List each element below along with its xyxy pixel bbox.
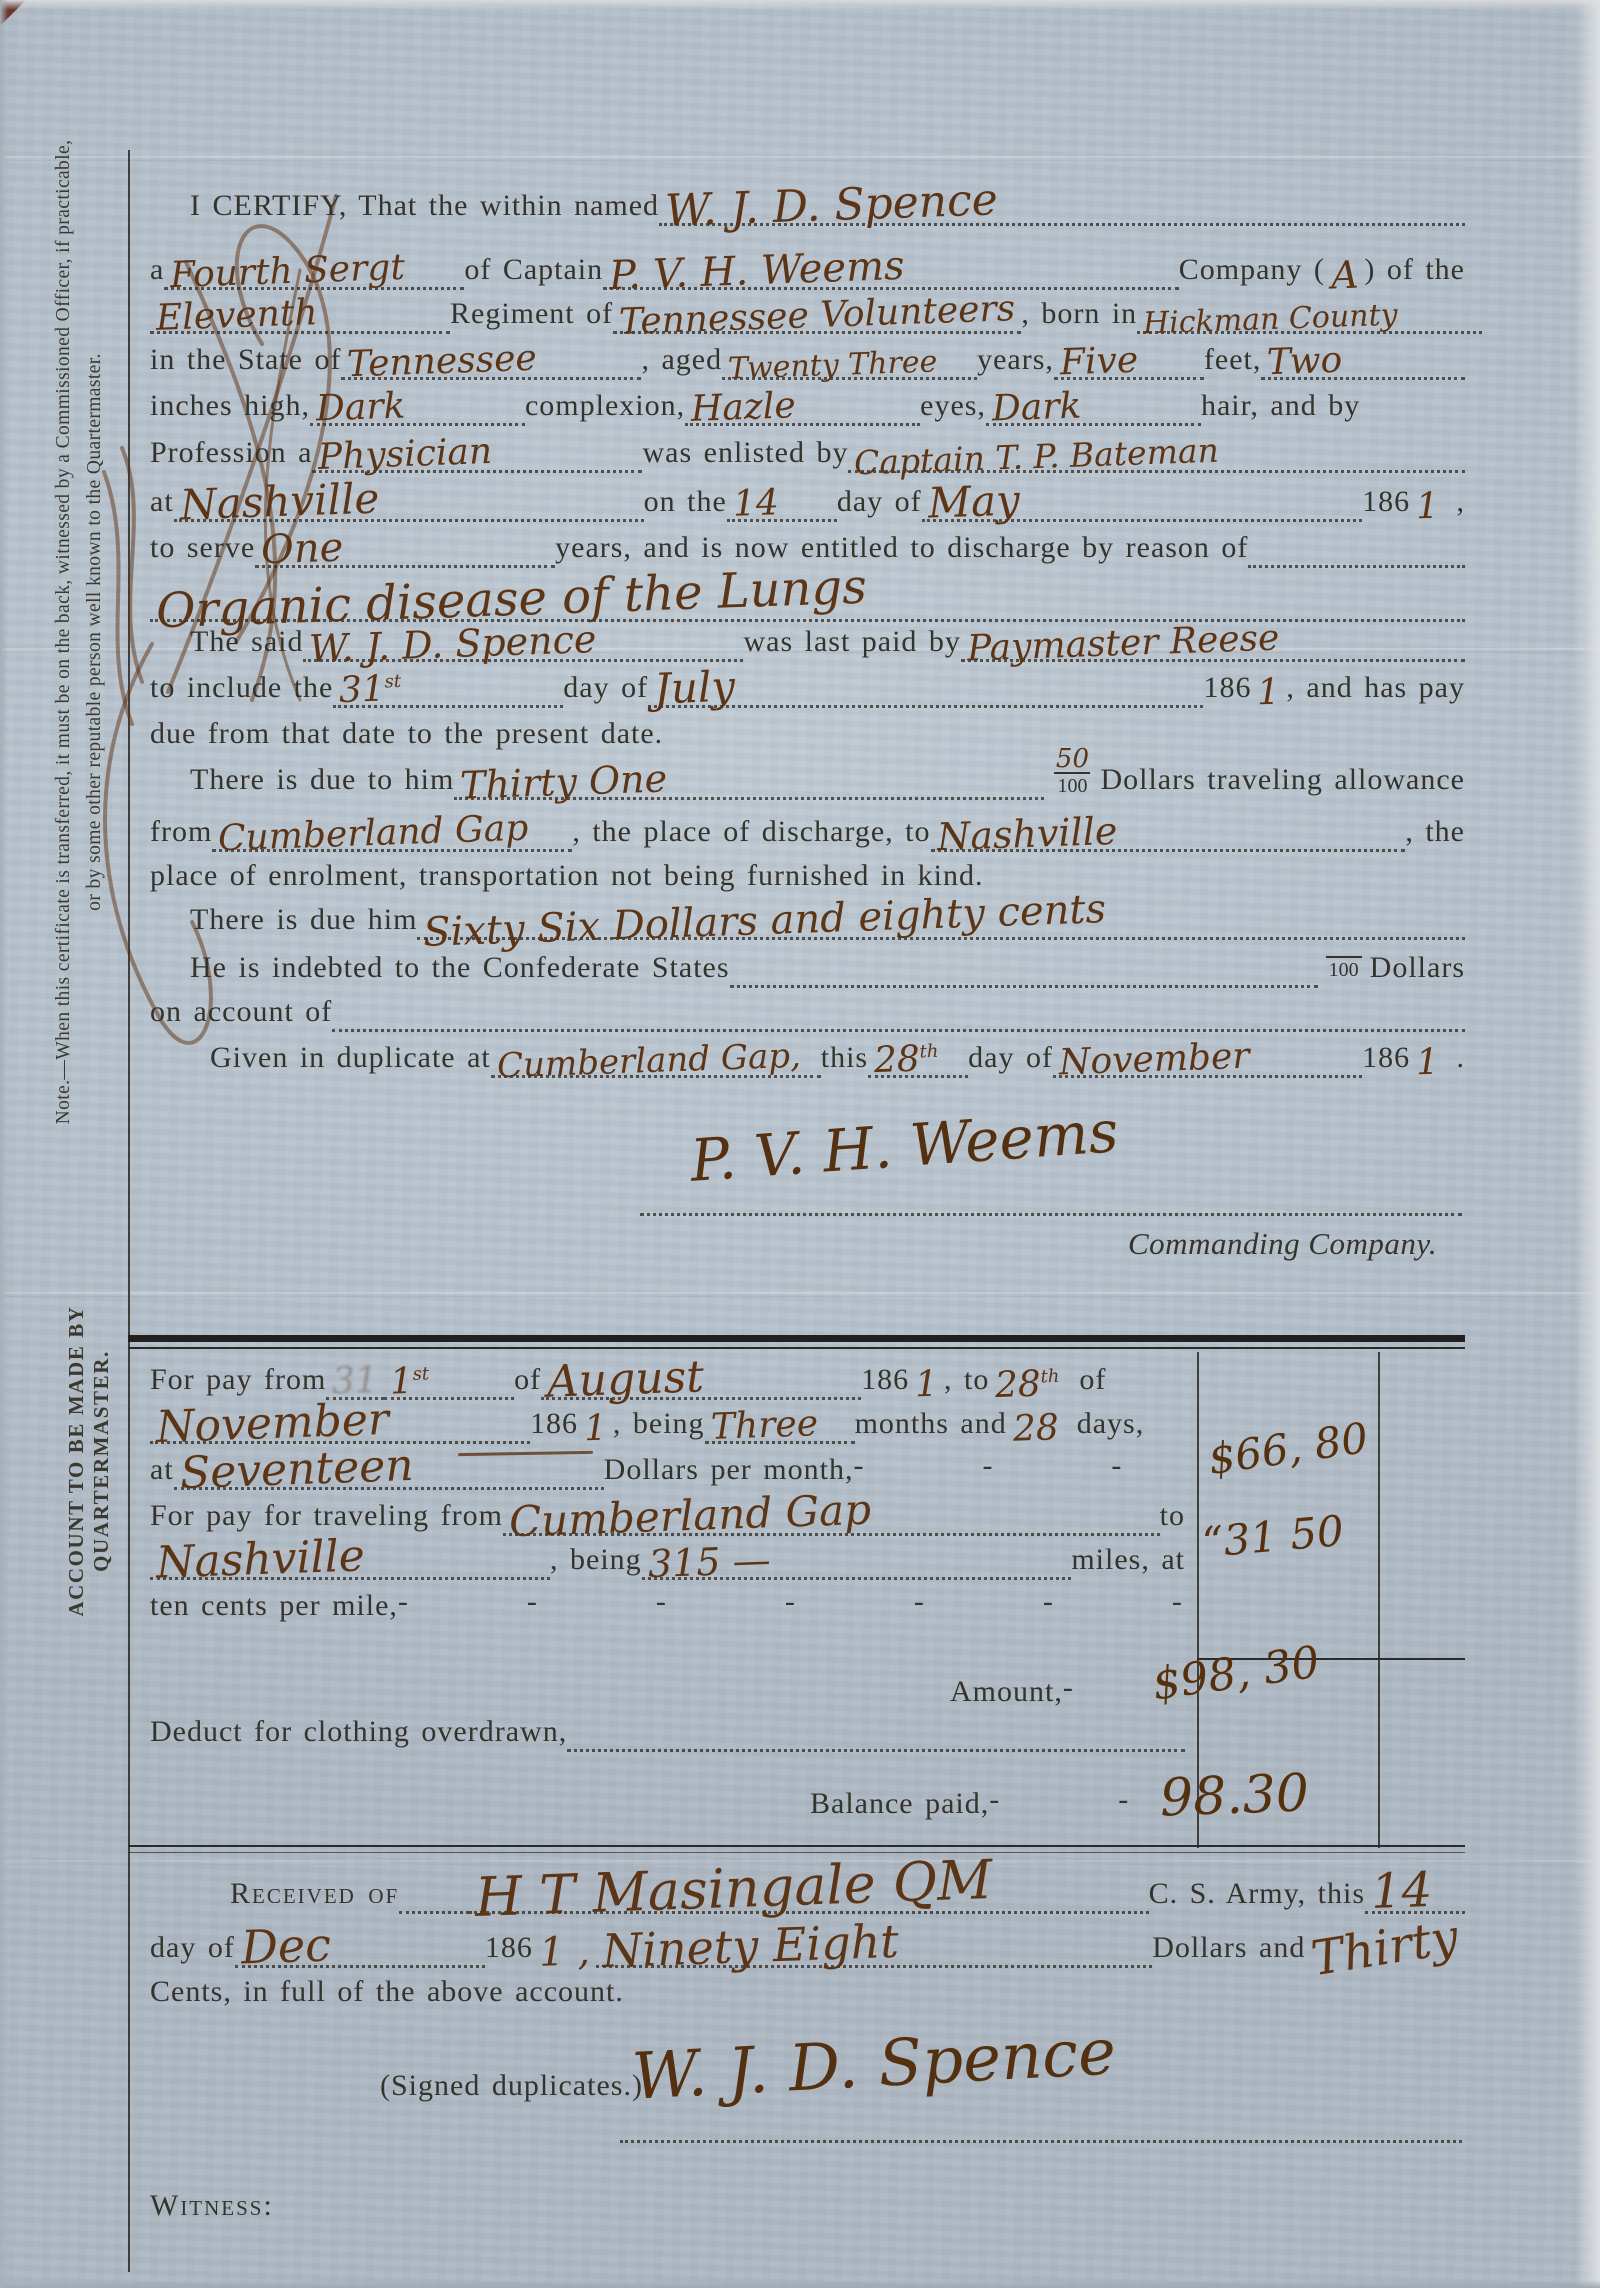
printed-text: day of: [968, 1043, 1053, 1078]
handwritten-entry: Nashville: [150, 1540, 550, 1580]
printed-text: place of enrolment, transportation not b…: [150, 861, 983, 896]
commanding-company-label: Commanding Company.: [1128, 1226, 1437, 1262]
handwriting-text: W. J. D. Spence: [303, 622, 603, 665]
printed-text: a: [150, 255, 164, 290]
handwritten-entry: 1: [1410, 491, 1445, 522]
handwritten-entry: July: [648, 669, 1203, 708]
handwritten-entry: Tennessee: [341, 346, 641, 380]
printed-text: Witness:: [150, 2191, 274, 2226]
handwritten-entry: May: [922, 483, 1362, 522]
balance-double-rule-bottom: [128, 1852, 1465, 1853]
line-enrolment: place of enrolment, transportation not b…: [150, 850, 1465, 896]
handwriting-text: 14: [1364, 1870, 1438, 1913]
handwritten-entry: Dark: [986, 392, 1201, 426]
handwritten-entry: Cumberland Gap: [503, 1497, 1160, 1536]
handwriting-text: Dark: [985, 392, 1087, 426]
handwriting-text: Twenty Three: [722, 349, 944, 382]
dotted-blank: [399, 1862, 469, 1914]
handwriting-text: July: [648, 669, 742, 708]
handwritten-entry: Physician: [312, 439, 642, 473]
printed-text: Dollars per month,: [604, 1455, 854, 1490]
printed-text: hair, and by: [1201, 391, 1360, 426]
payee-signature-line: [620, 2140, 1462, 2143]
handwriting-text: May: [921, 483, 1026, 522]
printed-text: Regiment of: [450, 299, 613, 334]
handwritten-entry: Paymaster Reese: [961, 628, 1465, 662]
printed-text: Cents, in full of the above account.: [150, 1977, 624, 2012]
handwritten-entry: Ninety Eight: [596, 1926, 1153, 1968]
printed-text: to serve: [150, 533, 255, 568]
printed-text: on account of: [150, 997, 332, 1032]
printed-text: ,: [1445, 487, 1465, 522]
line-include: to include the31stday ofJuly1861, and ha…: [150, 662, 1465, 708]
handwritten-entry: Twenty Three: [722, 352, 977, 381]
printed-text: , the place of discharge, to: [572, 817, 930, 852]
handwriting-text: P. V. H. Weems: [603, 249, 912, 294]
handwritten-entry: Thirty One: [454, 765, 1044, 800]
handwritten-entry: 1 ,: [533, 1934, 596, 1968]
handwriting-text: Paymaster Reese: [961, 624, 1286, 666]
printed-text: C. S. Army, this: [1149, 1879, 1365, 1914]
fold-crease: [0, 156, 1600, 161]
line-pay-from: For pay from311stofAugust1861, to28thof: [150, 1354, 1185, 1400]
cents-fraction: 50100: [1054, 746, 1090, 800]
handwriting-text: Captain T. P. Bateman: [848, 436, 1226, 477]
printed-text: , born in: [1021, 299, 1137, 334]
printed-text: 186: [530, 1409, 578, 1444]
line-travel-to: Nashville, being315 —miles, at: [150, 1534, 1185, 1580]
handwritten-entry: Seventeen: [174, 1450, 604, 1490]
company-officer-signature: P. V. H. Weems: [688, 1097, 1120, 1195]
discharge-certificate-document: Note.—When this certificate is transferr…: [0, 0, 1600, 2288]
handwritten-entry: Captain T. P. Bateman: [848, 442, 1465, 473]
section-divider-thin-rule: [128, 1347, 1465, 1349]
handwritten-entry: Hickman County: [1137, 306, 1482, 335]
printed-text: 186: [1362, 1043, 1410, 1078]
printed-text: at: [150, 487, 174, 522]
line-enlist-place: atNashvilleon the14day ofMay1861 ,: [150, 476, 1465, 522]
handwriting-text: Cumberland Gap,: [490, 1042, 807, 1082]
printed-text: .: [1445, 1043, 1465, 1078]
handwritten-entry: Dec: [235, 1926, 485, 1968]
line-rate: atSeventeenDollars per month,- - -: [150, 1444, 1185, 1490]
printed-text: to: [1160, 1501, 1185, 1536]
handwriting-text: 14: [726, 488, 785, 521]
handwriting-text: Hazle: [685, 391, 803, 426]
line-account-of: on account of: [150, 986, 1465, 1032]
handwritten-entry: Thirty: [1305, 1927, 1465, 1968]
handwritten-entry: Cumberland Gap: [212, 818, 572, 852]
handwritten-entry: Eleventh: [150, 300, 450, 334]
printed-text: , and has pay: [1286, 673, 1465, 708]
printed-text: There is due to him: [190, 765, 454, 800]
handwritten-entry: Fourth Sergt: [164, 256, 464, 290]
printed-text: 186: [485, 1933, 533, 1968]
handwritten-entry: August: [541, 1360, 861, 1400]
printed-text: , to: [944, 1365, 989, 1400]
printed-text: For pay from: [150, 1365, 326, 1400]
line-given: Given in duplicate atCumberland Gap,this…: [150, 1032, 1465, 1078]
printed-text: 186: [861, 1365, 909, 1400]
handwriting-text: Nashville: [173, 481, 385, 524]
printed-text: (Signed duplicates.): [380, 2071, 643, 2106]
handwriting-text: 1: [1410, 1048, 1446, 1080]
printed-text: Company (: [1179, 255, 1325, 290]
handwriting-text: Ninety Eight: [595, 1922, 905, 1972]
printed-text: Dollars traveling allowance: [1100, 765, 1465, 800]
printed-text: this: [821, 1043, 868, 1078]
balance-double-rule-top: [128, 1845, 1465, 1847]
handwritten-entry: Three: [705, 1410, 855, 1444]
line-received-3: Cents, in full of the above account.: [150, 1966, 1465, 2012]
dotted-blank: [567, 1706, 1185, 1752]
paper-edge-bottom: [0, 2280, 1600, 2288]
margin-account-note: ACCOUNT TO BE MADE BY QUARTERMASTER.: [64, 1222, 114, 1700]
handwriting-text: A: [1324, 258, 1365, 292]
ordinal-suffix: th: [1041, 1366, 1061, 1388]
line-per-mile: ten cents per mile,- - - - - - - - -: [150, 1580, 1185, 1626]
left-border-rule: [128, 150, 130, 2272]
line-profession: Profession aPhysicianwas enlisted byCapt…: [150, 427, 1465, 473]
printed-text: years,: [977, 345, 1054, 380]
handwritten-entry: 28th: [989, 1369, 1079, 1400]
printed-text: of: [514, 1365, 541, 1400]
printed-text: , aged: [641, 345, 722, 380]
handwriting-text: Thirty One: [454, 762, 674, 802]
handwriting-text: November: [1052, 1042, 1255, 1080]
line-due-date: due from that date to the present date.: [150, 708, 1465, 754]
amount-value: $66, 80: [1205, 1413, 1371, 1484]
handwritten-entry: Two: [1261, 346, 1465, 380]
printed-text: in the State of: [150, 345, 341, 380]
printed-text: on the: [644, 487, 727, 522]
handwritten-entry: Five: [1054, 346, 1204, 380]
amount-value: $98, 30: [1149, 1637, 1322, 1711]
printed-text: days,: [1077, 1409, 1145, 1444]
handwriting-text: 1: [577, 1414, 613, 1446]
ordinal-suffix: st: [384, 671, 401, 693]
dash-leader: - - - - - - - - -: [398, 1585, 1185, 1626]
printed-text: complexion,: [525, 391, 685, 426]
handwriting-text: 1 ,: [532, 1934, 596, 1970]
amount-value: 98.30: [1159, 1763, 1310, 1828]
handwritten-entry: A: [1325, 258, 1364, 290]
handwritten-entry: 31st: [333, 674, 563, 708]
paper-edge-top: [0, 0, 1600, 10]
printed-text: was last paid by: [743, 627, 960, 662]
line-received-2: day ofDec1861 ,Ninety EightDollars andTh…: [150, 1916, 1465, 1968]
printed-text: due from that date to the present date.: [150, 719, 663, 754]
margin-note-line2: or by some other reputable person well k…: [79, 136, 110, 1128]
printed-text: The said: [190, 627, 303, 662]
amount-column-rule-right: [1378, 1352, 1380, 1848]
handwriting-text: Dec: [234, 1925, 337, 1968]
ordinal-suffix: st: [412, 1364, 429, 1386]
handwriting-text: 31st: [333, 674, 408, 707]
line-regiment: EleventhRegiment ofTennessee Volunteers,…: [150, 288, 1465, 334]
company-signature-line: [640, 1213, 1462, 1216]
printed-text: of: [1079, 1365, 1106, 1400]
printed-text: I CERTIFY, That the within named: [190, 191, 659, 226]
handwritten-entry: 28th: [868, 1044, 968, 1078]
line-signed-duplicates: (Signed duplicates.): [380, 2060, 800, 2106]
line-rank: aFourth Sergtof CaptainP. V. H. WeemsCom…: [150, 244, 1465, 290]
printed-text: day of: [150, 1933, 235, 1968]
handwriting-text: Seventeen: [173, 1446, 420, 1492]
printed-text: eyes,: [920, 391, 986, 426]
handwriting-text: 28: [1006, 1413, 1065, 1446]
printed-text: from: [150, 817, 212, 852]
handwriting-text: 1: [1410, 492, 1446, 524]
handwritten-entry: 1st: [384, 1366, 514, 1400]
printed-text: , being: [613, 1409, 705, 1444]
printed-text: 186: [1203, 673, 1251, 708]
handwriting-text: 1st: [384, 1367, 436, 1399]
printed-text: ten cents per mile,: [150, 1591, 398, 1626]
line-traveling-due: There is due to himThirty One50100Dollar…: [150, 754, 1465, 800]
printed-text: feet,: [1204, 345, 1261, 380]
handwriting-text: One: [255, 530, 350, 567]
ordinal-suffix: th: [919, 1041, 939, 1063]
handwritten-entry: Hazle: [685, 392, 920, 426]
printed-text: was enlisted by: [642, 438, 848, 473]
printed-text: Dollars and: [1152, 1933, 1305, 1968]
line-balance-label: Balance paid,- - -: [810, 1778, 1185, 1824]
handwriting-text: Nashville: [149, 1537, 371, 1582]
handwriting-text: Tennessee Volunteers: [613, 294, 1022, 339]
printed-text: He is indebted to the Confederate States: [190, 953, 730, 988]
fold-crease: [0, 1292, 1600, 1297]
handwriting-text: Three: [704, 1409, 824, 1444]
handwriting-text: 28th: [868, 1044, 946, 1077]
printed-text: , the: [1405, 817, 1465, 852]
handwriting-text: Two: [1261, 346, 1349, 380]
line-travel-from: For pay for traveling fromCumberland Gap…: [150, 1490, 1185, 1536]
printed-text: Given in duplicate at: [210, 1043, 491, 1078]
margin-transfer-note: Note.—When this certificate is transferr…: [48, 136, 110, 1128]
printed-text: Profession a: [150, 438, 312, 473]
handwriting-text: 315 —: [641, 1543, 777, 1580]
section-divider-heavy-rule: [128, 1335, 1465, 1342]
printed-text: day of: [563, 673, 648, 708]
amount-value: “31 50: [1200, 1506, 1345, 1567]
line-witness: Witness:: [150, 2180, 1465, 2226]
line-received: Received ofH T Masingale QMC. S. Army, t…: [150, 1862, 1465, 1914]
handwritten-entry: One: [255, 531, 555, 568]
printed-text: at: [150, 1455, 174, 1490]
handwritten-entry: 1: [578, 1413, 613, 1444]
handwritten-entry: November: [1053, 1044, 1362, 1078]
handwritten-entry: 1: [909, 1369, 944, 1400]
paper-edge-right: [1574, 0, 1600, 2288]
handwriting-text: Fourth Sergt: [164, 253, 412, 292]
handwriting-text: Five: [1053, 346, 1144, 380]
handwritten-entry: 315 —: [642, 1545, 1072, 1580]
handwritten-entry: Nashville: [931, 817, 1406, 852]
handwriting-text: November: [149, 1400, 395, 1446]
printed-text: miles, at: [1071, 1545, 1185, 1580]
line-due-him: There is due himSixty Six Dollars and ei…: [150, 894, 1465, 940]
line-state-age: in the State ofTennessee, agedTwenty Thr…: [150, 334, 1465, 380]
handwritten-entry: Nashville: [174, 483, 644, 522]
line-pay-to: November1861, beingThreemonths and28days…: [150, 1398, 1185, 1444]
handwritten-entry: 1: [1251, 677, 1286, 708]
handwriting-text: W. J. D. Spence: [659, 181, 1005, 230]
handwritten-entry: P. V. H. Weems: [603, 253, 1179, 290]
dash-leader: - - -: [989, 1783, 1185, 1824]
fraction-denominator: 100: [1054, 772, 1090, 798]
handwritten-entry: H T Masingale QM: [469, 1865, 1148, 1914]
line-deduct: Deduct for clothing overdrawn,: [150, 1706, 1185, 1752]
handwriting-text: August: [541, 1358, 711, 1401]
paper-edge-left: [0, 0, 8, 2288]
handwritten-entry: 1: [1410, 1047, 1445, 1078]
dash-leader: - - -: [853, 1449, 1185, 1490]
dotted-blank: [332, 986, 1465, 1032]
cents-denominator: 100: [1326, 956, 1362, 988]
handwritten-entry: Sixty Six Dollars and eighty cents: [417, 903, 1465, 940]
handwritten-entry: Tennessee Volunteers: [613, 300, 1021, 334]
line-indebted: He is indebted to the Confederate States…: [150, 942, 1465, 988]
printed-text: Received of: [230, 1879, 399, 1914]
handwriting-text: Hickman County: [1137, 302, 1404, 337]
handwriting-text: Nashville: [930, 814, 1123, 853]
handwriting-text: Eleventh: [150, 298, 325, 335]
dotted-blank: [730, 942, 1318, 988]
line-description: inches high,Darkcomplexion,Hazleeyes,Dar…: [150, 380, 1465, 426]
handwriting-text: Dark: [309, 392, 411, 426]
handwritten-entry: W. J. D. Spence: [303, 627, 743, 662]
handwritten-entry: Dark: [310, 392, 525, 426]
printed-text: to include the: [150, 673, 333, 708]
handwriting-text: H T Masingale QM: [469, 1857, 1000, 1921]
handwriting-text: 1: [1251, 678, 1287, 710]
line-last-paid: The saidW. J. D. Spencewas last paid byP…: [150, 616, 1465, 662]
margin-note-line1: Note.—When this certificate is transferr…: [48, 136, 79, 1128]
printed-text: There is due him: [190, 905, 417, 940]
handwritten-entry: November: [150, 1404, 530, 1444]
line-from-to: fromCumberland Gap, the place of dischar…: [150, 806, 1465, 852]
handwriting-text: 1: [909, 1370, 945, 1402]
printed-text: years, and is now entitled to discharge …: [555, 533, 1248, 568]
printed-text: Dollars: [1370, 953, 1465, 988]
printed-text: inches high,: [150, 391, 310, 426]
printed-text: Balance paid,: [810, 1789, 989, 1824]
dotted-blank: [1248, 522, 1465, 568]
handwritten-entry: 14: [727, 488, 837, 522]
handwritten-entry: 28: [1007, 1413, 1077, 1444]
printed-text: months and: [855, 1409, 1007, 1444]
printed-text: of Captain: [464, 255, 603, 290]
line-certify: I CERTIFY, That the within namedW. J. D.…: [150, 180, 1465, 226]
handwritten-entry: W. J. D. Spence: [659, 186, 1465, 226]
printed-text: ) of the: [1364, 255, 1465, 290]
handwriting-text: Physician: [312, 437, 499, 474]
handwriting-text: Tennessee: [341, 344, 544, 382]
handwritten-entry: 14: [1365, 1870, 1465, 1914]
printed-text: day of: [837, 487, 922, 522]
printed-text: Deduct for clothing overdrawn,: [150, 1717, 567, 1752]
printed-text: 186: [1362, 487, 1410, 522]
fraction-numerator: 50: [1056, 746, 1089, 772]
handwritten-entry: Cumberland Gap,: [491, 1046, 821, 1078]
line-reason: Organic disease of the Lungs: [150, 566, 1465, 622]
printed-text: , being: [550, 1545, 642, 1580]
